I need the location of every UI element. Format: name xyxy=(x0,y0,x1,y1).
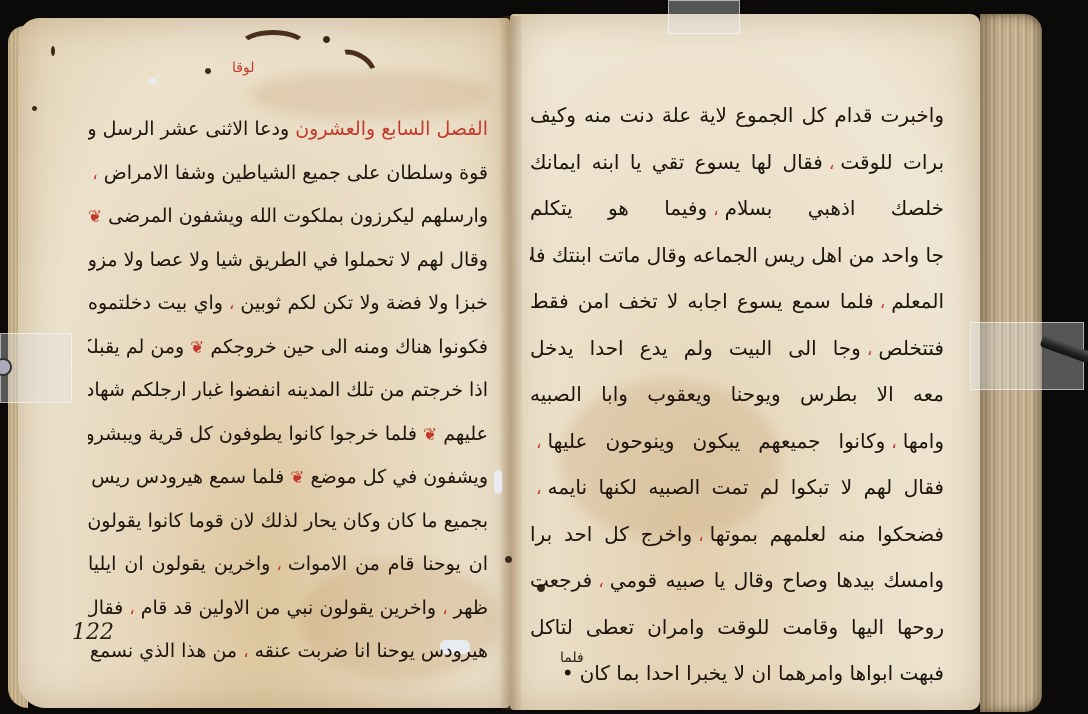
verse-marker-icon: ، xyxy=(123,599,141,619)
fleuron-icon: ❦ xyxy=(88,207,108,227)
text-line: روحها اليها وقامت للوقت وامران تعطى لتاك… xyxy=(530,604,944,651)
text-line: فضحكوا منه لعلمهم بموتها،واخرج كل احد بر… xyxy=(530,511,944,558)
fleuron-icon: ❦ xyxy=(417,425,443,445)
right-page-text: واخبرت قدام كل الجموع لاية علة دنت منه و… xyxy=(530,92,944,697)
text-line: فقال لهم لا تبكوا لم تمت الصبيه لكنها نا… xyxy=(530,464,944,511)
text-line: خبزا ولا فضة ولا تكن لكم ثوبين،واي بيت د… xyxy=(88,282,488,326)
verse-marker-icon: ، xyxy=(592,572,610,592)
worm-hole xyxy=(505,556,512,563)
verse-marker-icon: ، xyxy=(530,433,548,453)
verse-marker-icon: ، xyxy=(223,294,241,314)
text-line: فبهت ابواها وامرهما ان لا يخبرا احدا بما… xyxy=(530,650,944,697)
text-line: جا واحد من اهل ريس الجماعه وقال ماتت ابن… xyxy=(530,232,944,279)
verse-marker-icon: ، xyxy=(874,293,892,313)
worm-hole xyxy=(51,46,55,56)
text-line: وامها،وكانوا جميعهم يبكون وينوحون عليها، xyxy=(530,418,944,465)
verse-marker-icon: ، xyxy=(530,479,548,499)
worm-hole xyxy=(205,68,211,74)
worm-hole xyxy=(148,78,158,84)
text-line: بجميع ما كان وكان يحار لذلك لان قوما كان… xyxy=(88,500,488,544)
verse-marker-icon: ، xyxy=(270,555,288,575)
text-line: قوة وسلطان على جميع الشياطين وشفا الامرا… xyxy=(88,152,488,196)
gutter-fold xyxy=(500,16,522,710)
verse-marker-icon: ، xyxy=(436,599,454,619)
worm-hole xyxy=(323,36,330,43)
text-line: خلصك اذهبي بسلام،وفيما هو يتكلم xyxy=(530,185,944,232)
verse-marker-icon: ، xyxy=(237,642,255,662)
paper-tear xyxy=(494,470,502,494)
text-line: وارسلهم ليكرزون بملكوت الله ويشفون المرض… xyxy=(88,195,488,239)
text-line: وقال لهم لا تحملوا في الطريق شيا ولا عصا… xyxy=(88,239,488,283)
fleuron-icon: ❦ xyxy=(184,338,210,358)
text-line: هيرودس يوحنا انا ضربت عنقه،من هذا الذي ن… xyxy=(88,630,488,674)
open-manuscript: لوقا الفصل السابع والعشرون ودعا الاثنى ع… xyxy=(0,0,1088,714)
text-line: عليهم❦فلما خرجوا كانوا يطوفون كل قرية وي… xyxy=(88,413,488,457)
text-line: ان يوحنا قام من الاموات،واخرين يقولون ان… xyxy=(88,543,488,587)
verse-marker-icon: ، xyxy=(823,154,841,174)
verse-marker-icon: ، xyxy=(885,433,903,453)
worm-track xyxy=(238,30,308,64)
mylar-clip-top xyxy=(668,0,740,34)
fleuron-icon: ❦ xyxy=(284,468,310,488)
text-line: فكونوا هناك ومنه الى حين خروجكم❦ومن لم ي… xyxy=(88,326,488,370)
verse-marker-icon: ، xyxy=(88,164,104,184)
text-line: واخبرت قدام كل الجموع لاية علة دنت منه و… xyxy=(530,92,944,139)
text-line: ويشفون في كل موضع❦فلما سمع هيرودس ريس ال… xyxy=(88,456,488,500)
left-page-text: الفصل السابع والعشرون ودعا الاثنى عشر ال… xyxy=(88,108,488,674)
catchword-bottom: فلما xyxy=(560,650,584,666)
text-line: اذا خرجتم من تلك المدينه انفضوا غبار ارج… xyxy=(88,369,488,413)
chapter-heading-rubric: الفصل السابع والعشرون xyxy=(295,118,488,140)
text-line: فتتخلص،وجا الى البيت ولم يدع احدا يدخل xyxy=(530,325,944,372)
verse-marker-icon: ، xyxy=(861,340,879,360)
folio-number: 122 xyxy=(72,620,114,645)
text-line: الفصل السابع والعشرون ودعا الاثنى عشر ال… xyxy=(88,108,488,152)
text-line: المعلم،فلما سمع يسوع اجابه لا تخف امن فق… xyxy=(530,278,944,325)
verse-marker-icon: ، xyxy=(707,200,725,220)
text-line: برات للوقت،فقال لها يسوع تقي يا ابنه ايم… xyxy=(530,139,944,186)
text-line: ظهر،واخرين يقولون نبي من الاولين قد قام،… xyxy=(88,587,488,631)
verse-marker-icon: ، xyxy=(692,526,710,546)
worm-hole xyxy=(32,106,37,111)
text-line: وامسك بيدها وصاح وقال يا صبيه قومي،فرجعت xyxy=(530,557,944,604)
running-header-catchword: لوقا xyxy=(232,60,254,76)
text-line: معه الا بطرس ويوحنا ويعقوب وابا الصبيه xyxy=(530,371,944,418)
